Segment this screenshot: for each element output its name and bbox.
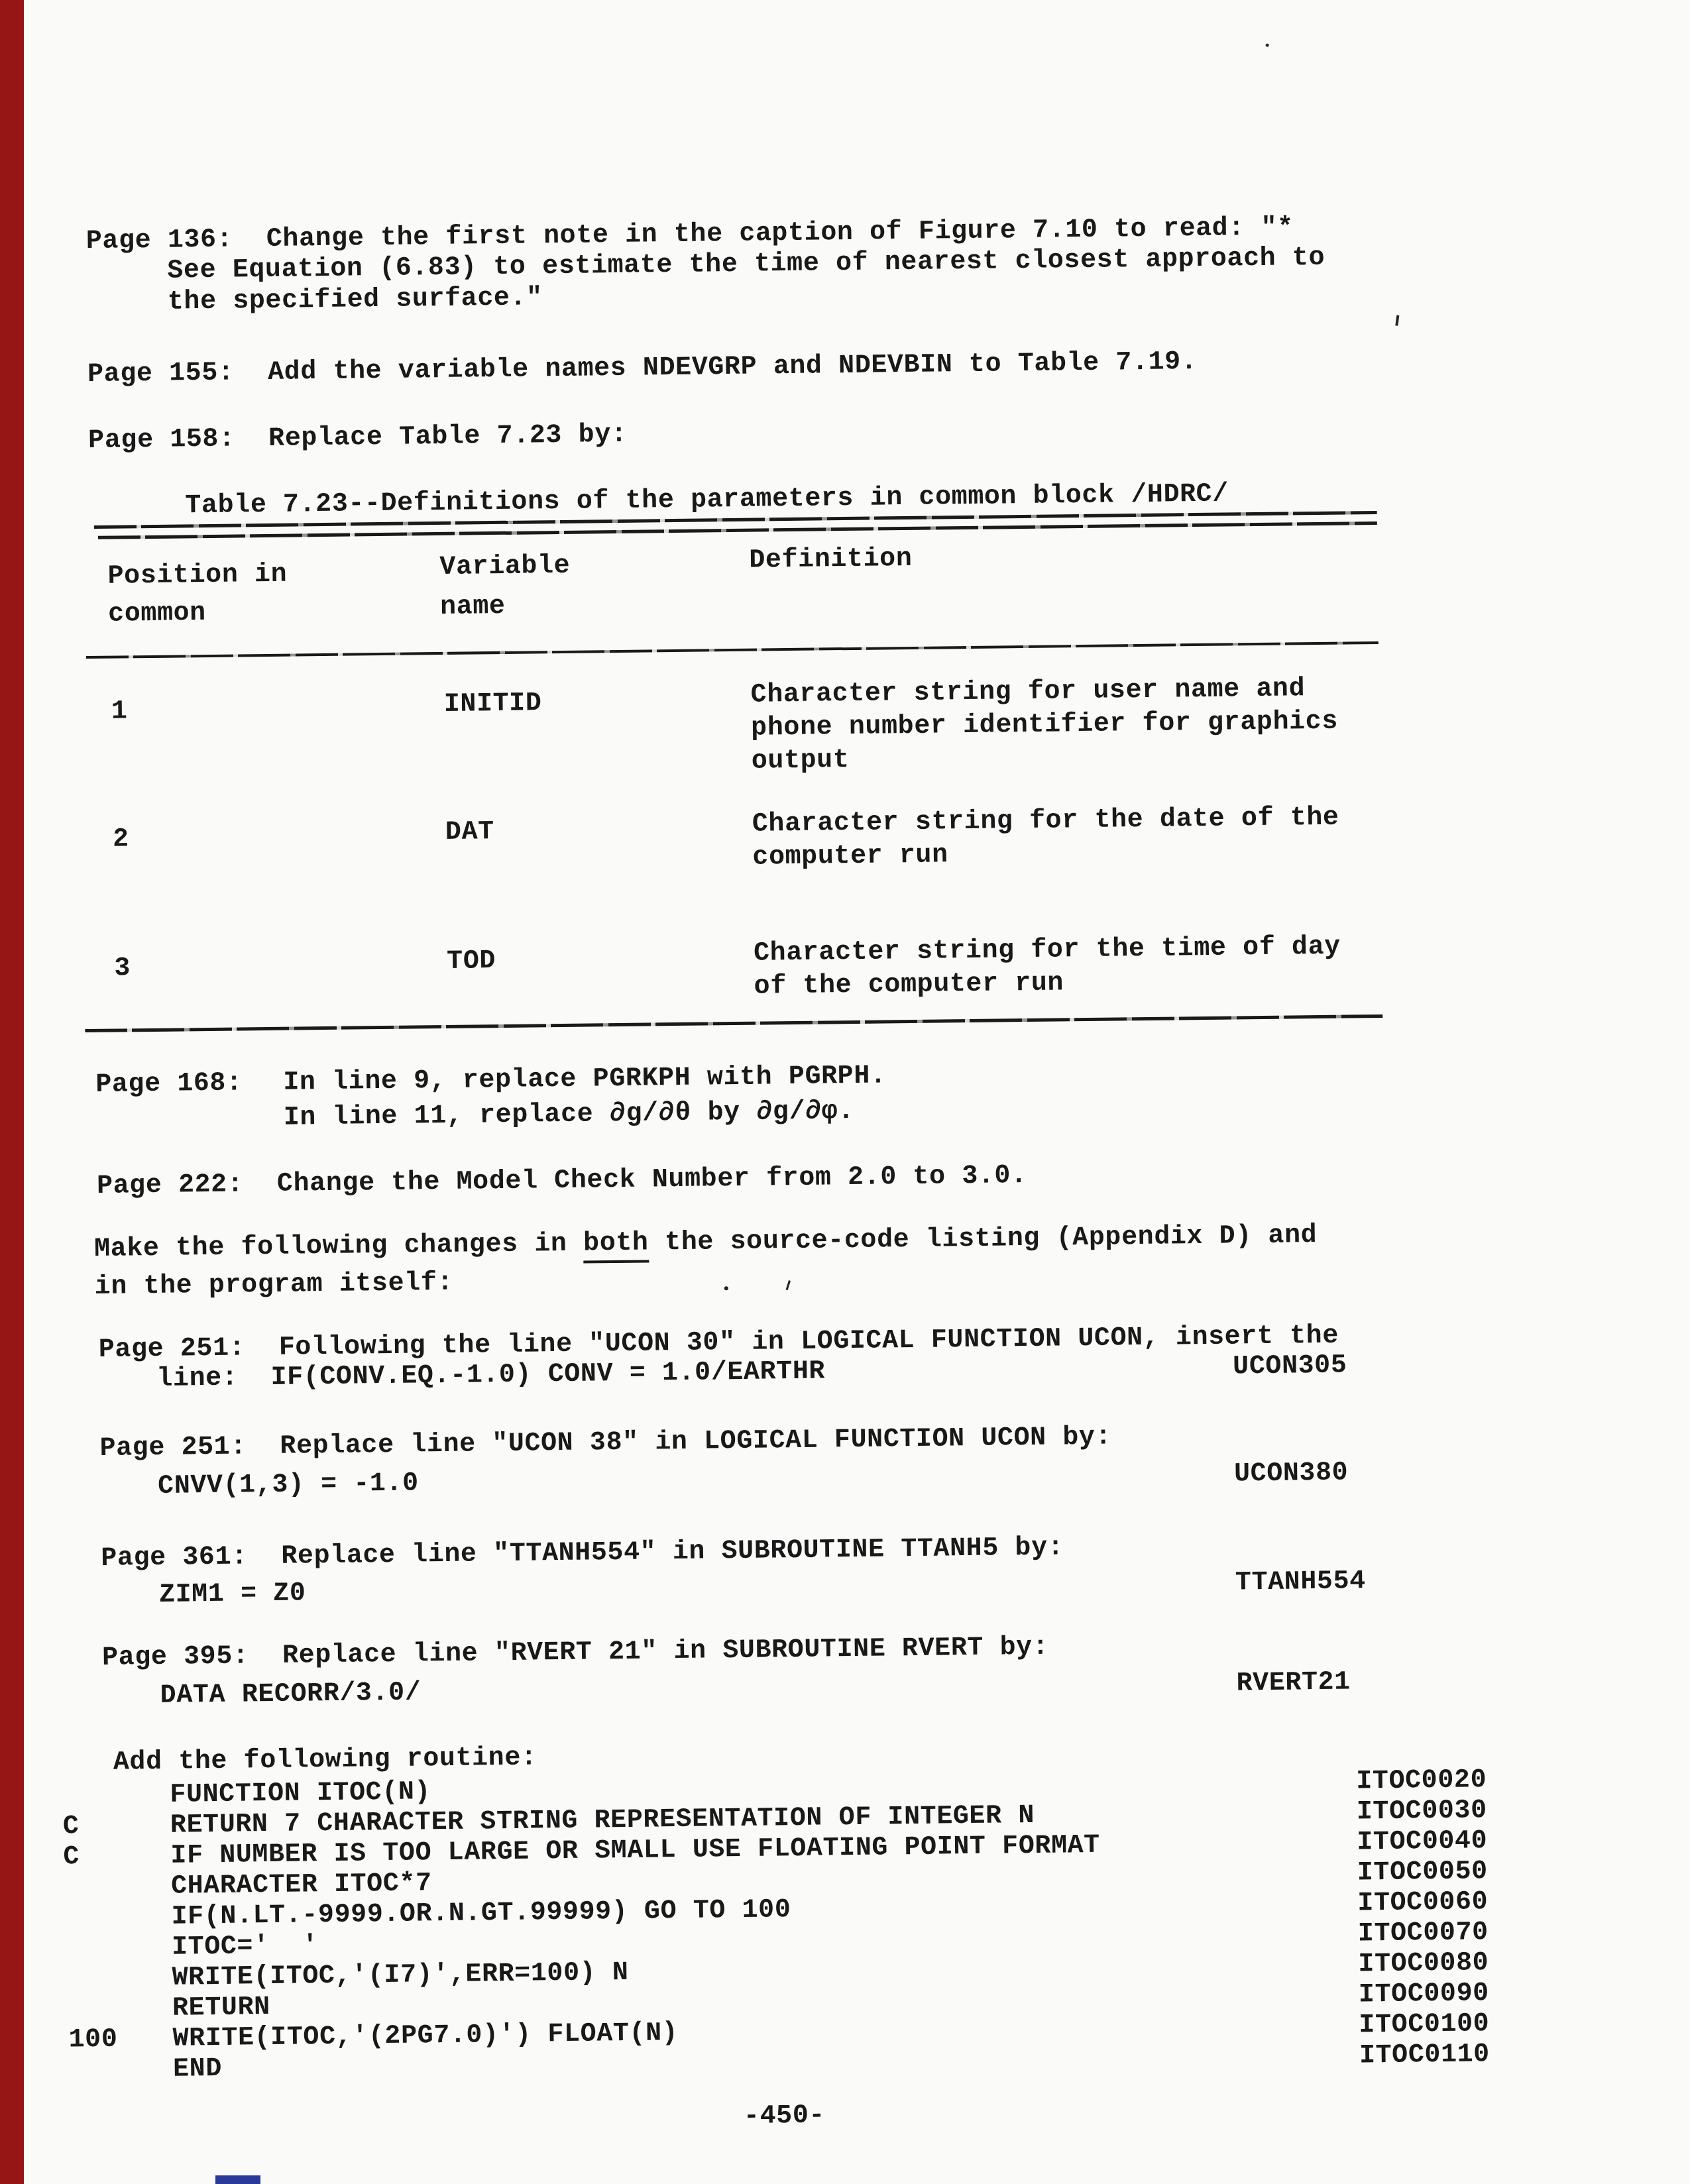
fortran-comment-tag: C [63, 1844, 80, 1871]
fortran-card-id: ITOC0040 [1357, 1828, 1487, 1856]
scan-speck [786, 1280, 791, 1290]
fortran-code-line: FUNCTION ITOC(N) [170, 1779, 431, 1808]
table-header-position: common [108, 600, 206, 628]
patch-card-id: RVERT21 [1236, 1670, 1351, 1698]
fortran-card-id: ITOC0020 [1356, 1767, 1487, 1795]
fortran-card-id: ITOC0100 [1359, 2011, 1489, 2039]
patch-instruction: Replace line "TTANH554" in SUBROUTINE TT… [281, 1535, 1064, 1570]
table-header-rule [86, 641, 1379, 659]
patch-code-line: DATA RECORR/3.0/ [160, 1680, 422, 1709]
table-row-variable: TOD [447, 948, 496, 975]
patch-page-label: Page 251: [99, 1335, 246, 1364]
errata-page-label: Page 136: [86, 227, 233, 256]
errata-text-line: Add the variable names NDEVGRP and NDEVB… [268, 349, 1198, 386]
fortran-code-line: ITOC=' ' [172, 1933, 319, 1961]
table-row-definition: Character string for the time of day [754, 934, 1341, 967]
table-header-definition: Definition [749, 546, 912, 574]
routine-intro: Add the following routine: [113, 1745, 537, 1776]
fortran-comment-tag: C [63, 1814, 80, 1840]
patch-instruction: Replace line "RVERT 21" in SUBROUTINE RV… [282, 1635, 1049, 1670]
table-row-definition: computer run [752, 842, 948, 871]
table-bottom-rule [85, 1014, 1382, 1032]
table-row-definition: Character string for user name and [750, 676, 1305, 708]
patch-code-line: ZIM1 = Z0 [159, 1580, 306, 1609]
fortran-code-line: CHARACTER ITOC*7 [171, 1871, 432, 1900]
table-row-position: 3 [114, 955, 131, 982]
fortran-code-line: WRITE(ITOC,'(2PG7.0)') FLOAT(N) [172, 2020, 678, 2053]
patch-code-line: CNVV(1,3) = -1.0 [158, 1470, 419, 1500]
fortran-card-id: ITOC0110 [1359, 2042, 1490, 2069]
table-row-definition: phone number identifier for graphics [751, 709, 1338, 742]
scan-speck [724, 1286, 728, 1290]
errata-page-label: Page 155: [87, 360, 235, 389]
fortran-code-line: RETURN [172, 1994, 270, 2022]
patch-card-id: TTANH554 [1235, 1568, 1366, 1596]
note-post: the source-code listing (Appendix D) and [648, 1221, 1317, 1258]
table-row-definition: of the computer run [754, 970, 1064, 1000]
errata-text-line: In line 11, replace ∂g/∂θ by ∂g/∂φ. [284, 1099, 855, 1132]
patch-page-label: Page 395: [102, 1643, 249, 1672]
fortran-card-id: ITOC0050 [1357, 1859, 1488, 1886]
errata-page-label: Page 168: [95, 1070, 243, 1099]
fortran-card-id: ITOC0070 [1358, 1920, 1489, 1947]
fortran-card-id: ITOC0030 [1357, 1798, 1487, 1826]
fortran-code-line: IF(N.LT.-9999.OR.N.GT.99999) GO TO 100 [171, 1897, 791, 1931]
scan-speck [1395, 315, 1399, 325]
table-row-variable: INITID [444, 690, 542, 718]
table-header-variable: Variable [439, 553, 570, 581]
table-row-position: 2 [113, 826, 129, 853]
scan-speck [1266, 44, 1269, 47]
errata-page-label: Page 158: [88, 426, 235, 455]
scanned-page: Page 136: Change the first note in the c… [0, 0, 1690, 2184]
errata-text-line: Change the Model Check Number from 2.0 t… [277, 1163, 1027, 1198]
note-emphasized-word: both [583, 1228, 649, 1263]
fortran-statement-label: 100 [68, 2027, 117, 2054]
patch-card-id: UCON305 [1233, 1353, 1347, 1381]
page-number: -450- [744, 2103, 825, 2130]
table-row-definition: Character string for the date of the [752, 805, 1339, 838]
fortran-card-id: ITOC0080 [1358, 1950, 1489, 1978]
note-line: in the program itself: [95, 1270, 454, 1301]
errata-page-label: Page 222: [97, 1172, 244, 1200]
fortran-code-line: END [173, 2056, 222, 2083]
patch-card-id: UCON380 [1234, 1460, 1349, 1488]
table-row-position: 1 [111, 698, 128, 725]
errata-text-line: the specified surface." [168, 285, 543, 315]
patch-code-line: line: IF(CONV.EQ.-1.0) CONV = 1.0/EARTHR [156, 1358, 825, 1392]
patch-instruction: Following the line "UCON 30" in LOGICAL … [279, 1323, 1339, 1362]
errata-text-line: Replace Table 7.23 by: [268, 422, 628, 453]
fortran-card-id: ITOC0060 [1357, 1889, 1488, 1917]
note-line: Make the following changes in both the s… [94, 1223, 1318, 1263]
patch-page-label: Page 251: [99, 1434, 247, 1462]
fortran-card-id: ITOC0090 [1359, 1981, 1489, 2008]
table-row-variable: DAT [445, 819, 494, 846]
table-row-definition: output [752, 747, 850, 775]
patch-instruction: Replace line "UCON 38" in LOGICAL FUNCTI… [280, 1425, 1111, 1460]
errata-text-line: In line 9, replace PGRKPH with PGRPH. [283, 1063, 887, 1096]
fortran-code-line: WRITE(ITOC,'(I7)',ERR=100) N [172, 1960, 628, 1992]
note-pre: Make the following changes in [94, 1229, 584, 1264]
patch-page-label: Page 361: [101, 1544, 248, 1572]
table-header-position: Position in [107, 562, 287, 590]
table-header-variable: name [440, 594, 506, 621]
